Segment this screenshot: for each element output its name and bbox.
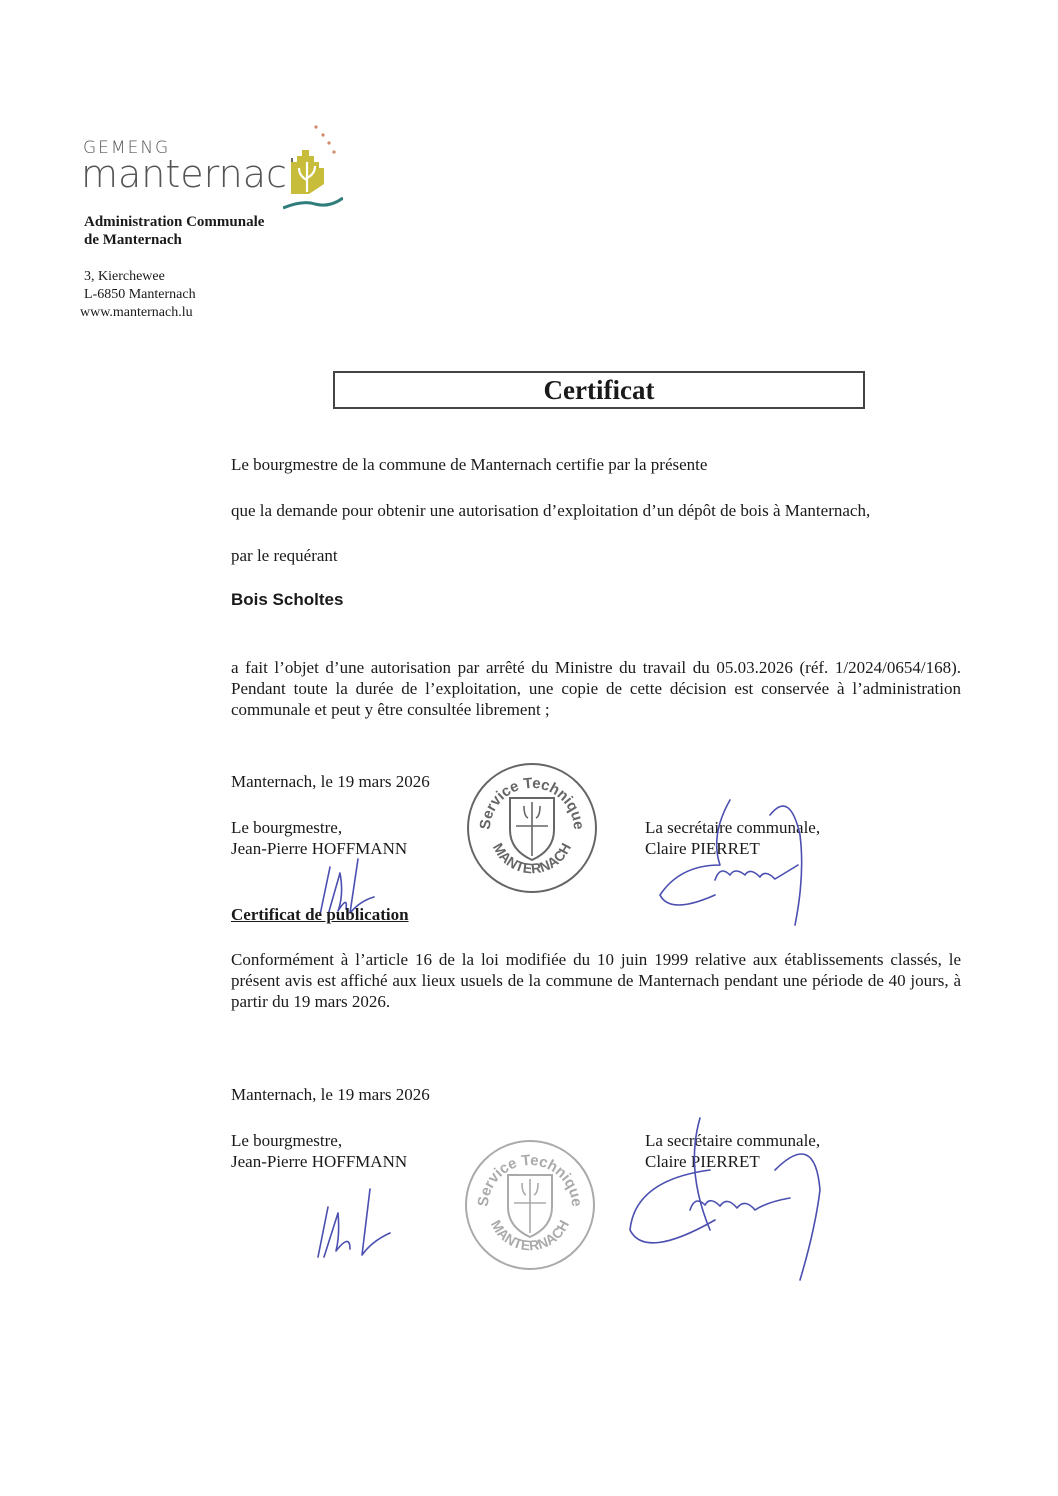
address-block: 3, Kierchewee L-6850 Manternach www.mant… (84, 268, 196, 322)
publication-paragraph: Conformément à l’article 16 de la loi mo… (231, 949, 961, 1012)
certificate-paragraph: a fait l’objet d’une autorisation par ar… (231, 657, 961, 720)
municipal-stamp-icon: Service Technique MANTERNACH (460, 1135, 600, 1275)
mayor-title: Le bourgmestre, (231, 1130, 407, 1151)
logo-manternach-text: manternach (81, 152, 311, 196)
certificate-title-box: Certificat (333, 371, 865, 409)
applicant-name: Bois Scholtes (231, 590, 343, 610)
mayor-signature-icon (310, 1185, 400, 1265)
mayor-name: Jean-Pierre HOFFMANN (231, 1151, 407, 1172)
certificate-line-1: Le bourgmestre de la commune de Manterna… (231, 455, 707, 475)
administration-name: Administration Communale de Manternach (84, 213, 264, 249)
certificate-line-2: que la demande pour obtenir une autorisa… (231, 501, 870, 521)
certificate-title: Certificat (544, 375, 655, 406)
publication-heading: Certificat de publication (231, 905, 409, 925)
secretary-signature-icon (615, 1110, 845, 1285)
mayor-block-1: Le bourgmestre, Jean-Pierre HOFFMANN (231, 817, 407, 859)
address-postal: L-6850 Manternach (84, 286, 196, 304)
mayor-title: Le bourgmestre, (231, 817, 407, 838)
publication-date: Manternach, le 19 mars 2026 (231, 1084, 430, 1105)
certificate-line-3: par le requérant (231, 546, 338, 566)
mayor-block-2: Le bourgmestre, Jean-Pierre HOFFMANN (231, 1130, 407, 1172)
tree-logo-icon (283, 122, 343, 212)
certificate-date: Manternach, le 19 mars 2026 (231, 771, 430, 792)
municipal-stamp-icon: Service Technique MANTERNACH (462, 758, 602, 898)
secretary-signature-icon (620, 795, 840, 930)
website-link[interactable]: www.manternach.lu (80, 304, 196, 322)
address-street: 3, Kierchewee (84, 268, 196, 286)
